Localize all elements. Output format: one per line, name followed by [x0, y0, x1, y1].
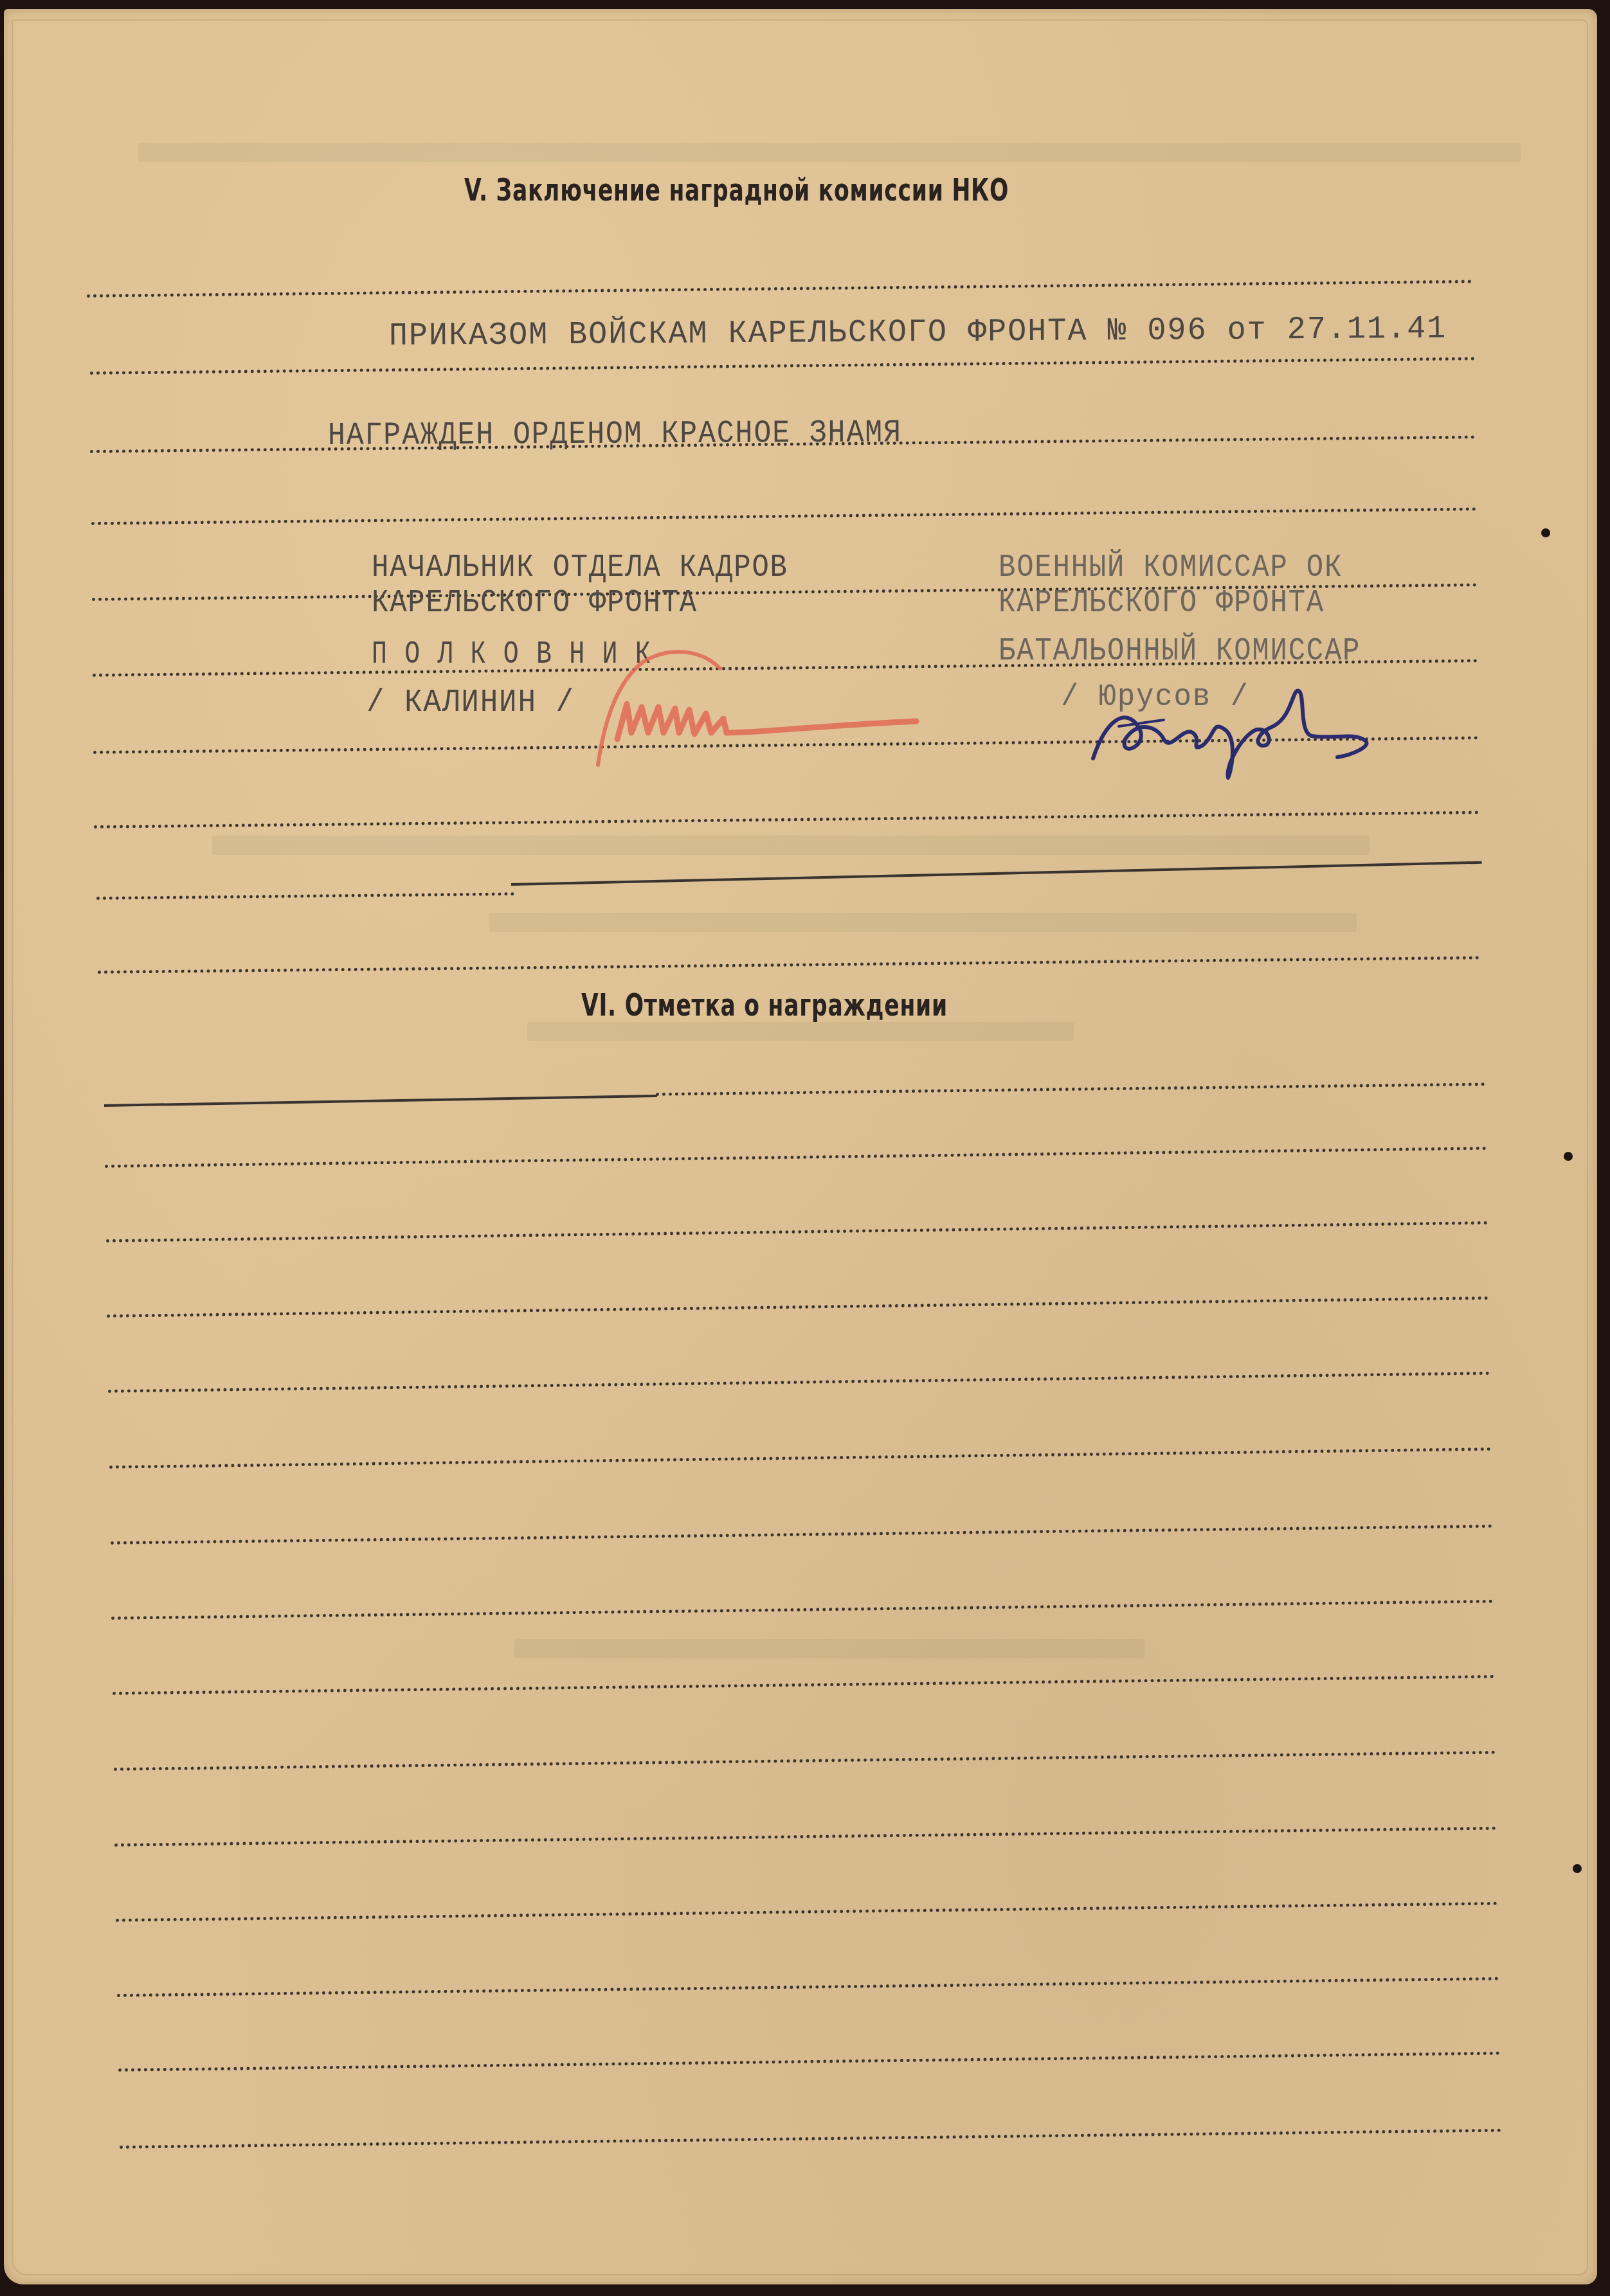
bleed-through-text	[514, 1639, 1144, 1658]
binding-hole-mark-icon	[1573, 1864, 1582, 1873]
bleed-through-text	[138, 143, 1521, 162]
right-signatory-rank: БАТАЛЬОННЫЙ КОМИССАР	[999, 633, 1361, 670]
order-reference-text: ПРИКАЗОМ ВОЙСКАМ КАРЕЛЬСКОГО ФРОНТА № 09…	[389, 311, 1447, 355]
bleed-through-text	[212, 836, 1370, 855]
section-v-heading: V. Заключение наградной комиссии НКО	[464, 172, 1009, 208]
red-signature-icon	[592, 643, 926, 771]
left-signatory-title-2: КАРЕЛЬСКОГО ФРОНТА	[372, 585, 698, 622]
bleed-through-text	[527, 1022, 1074, 1041]
blue-signature-icon	[1080, 681, 1402, 784]
binding-hole-mark-icon	[1541, 528, 1550, 537]
bleed-through-text	[489, 913, 1357, 932]
left-signatory-name: / КАЛИНИН /	[366, 685, 575, 721]
section-vi-heading: VI. Отметка о награждении	[581, 987, 948, 1023]
left-signatory-title-1: НАЧАЛЬНИК ОТДЕЛА КАДРОВ	[372, 550, 788, 586]
right-signatory-title-1: ВОЕННЫЙ КОМИССАР ОК	[999, 550, 1343, 586]
award-decision-text: НАГРАЖДЕН ОРДЕНОМ КРАСНОЕ ЗНАМЯ	[328, 415, 902, 454]
right-signatory-title-2: КАРЕЛЬСКОГО ФРОНТА	[999, 585, 1325, 622]
binding-hole-mark-icon	[1564, 1152, 1573, 1161]
